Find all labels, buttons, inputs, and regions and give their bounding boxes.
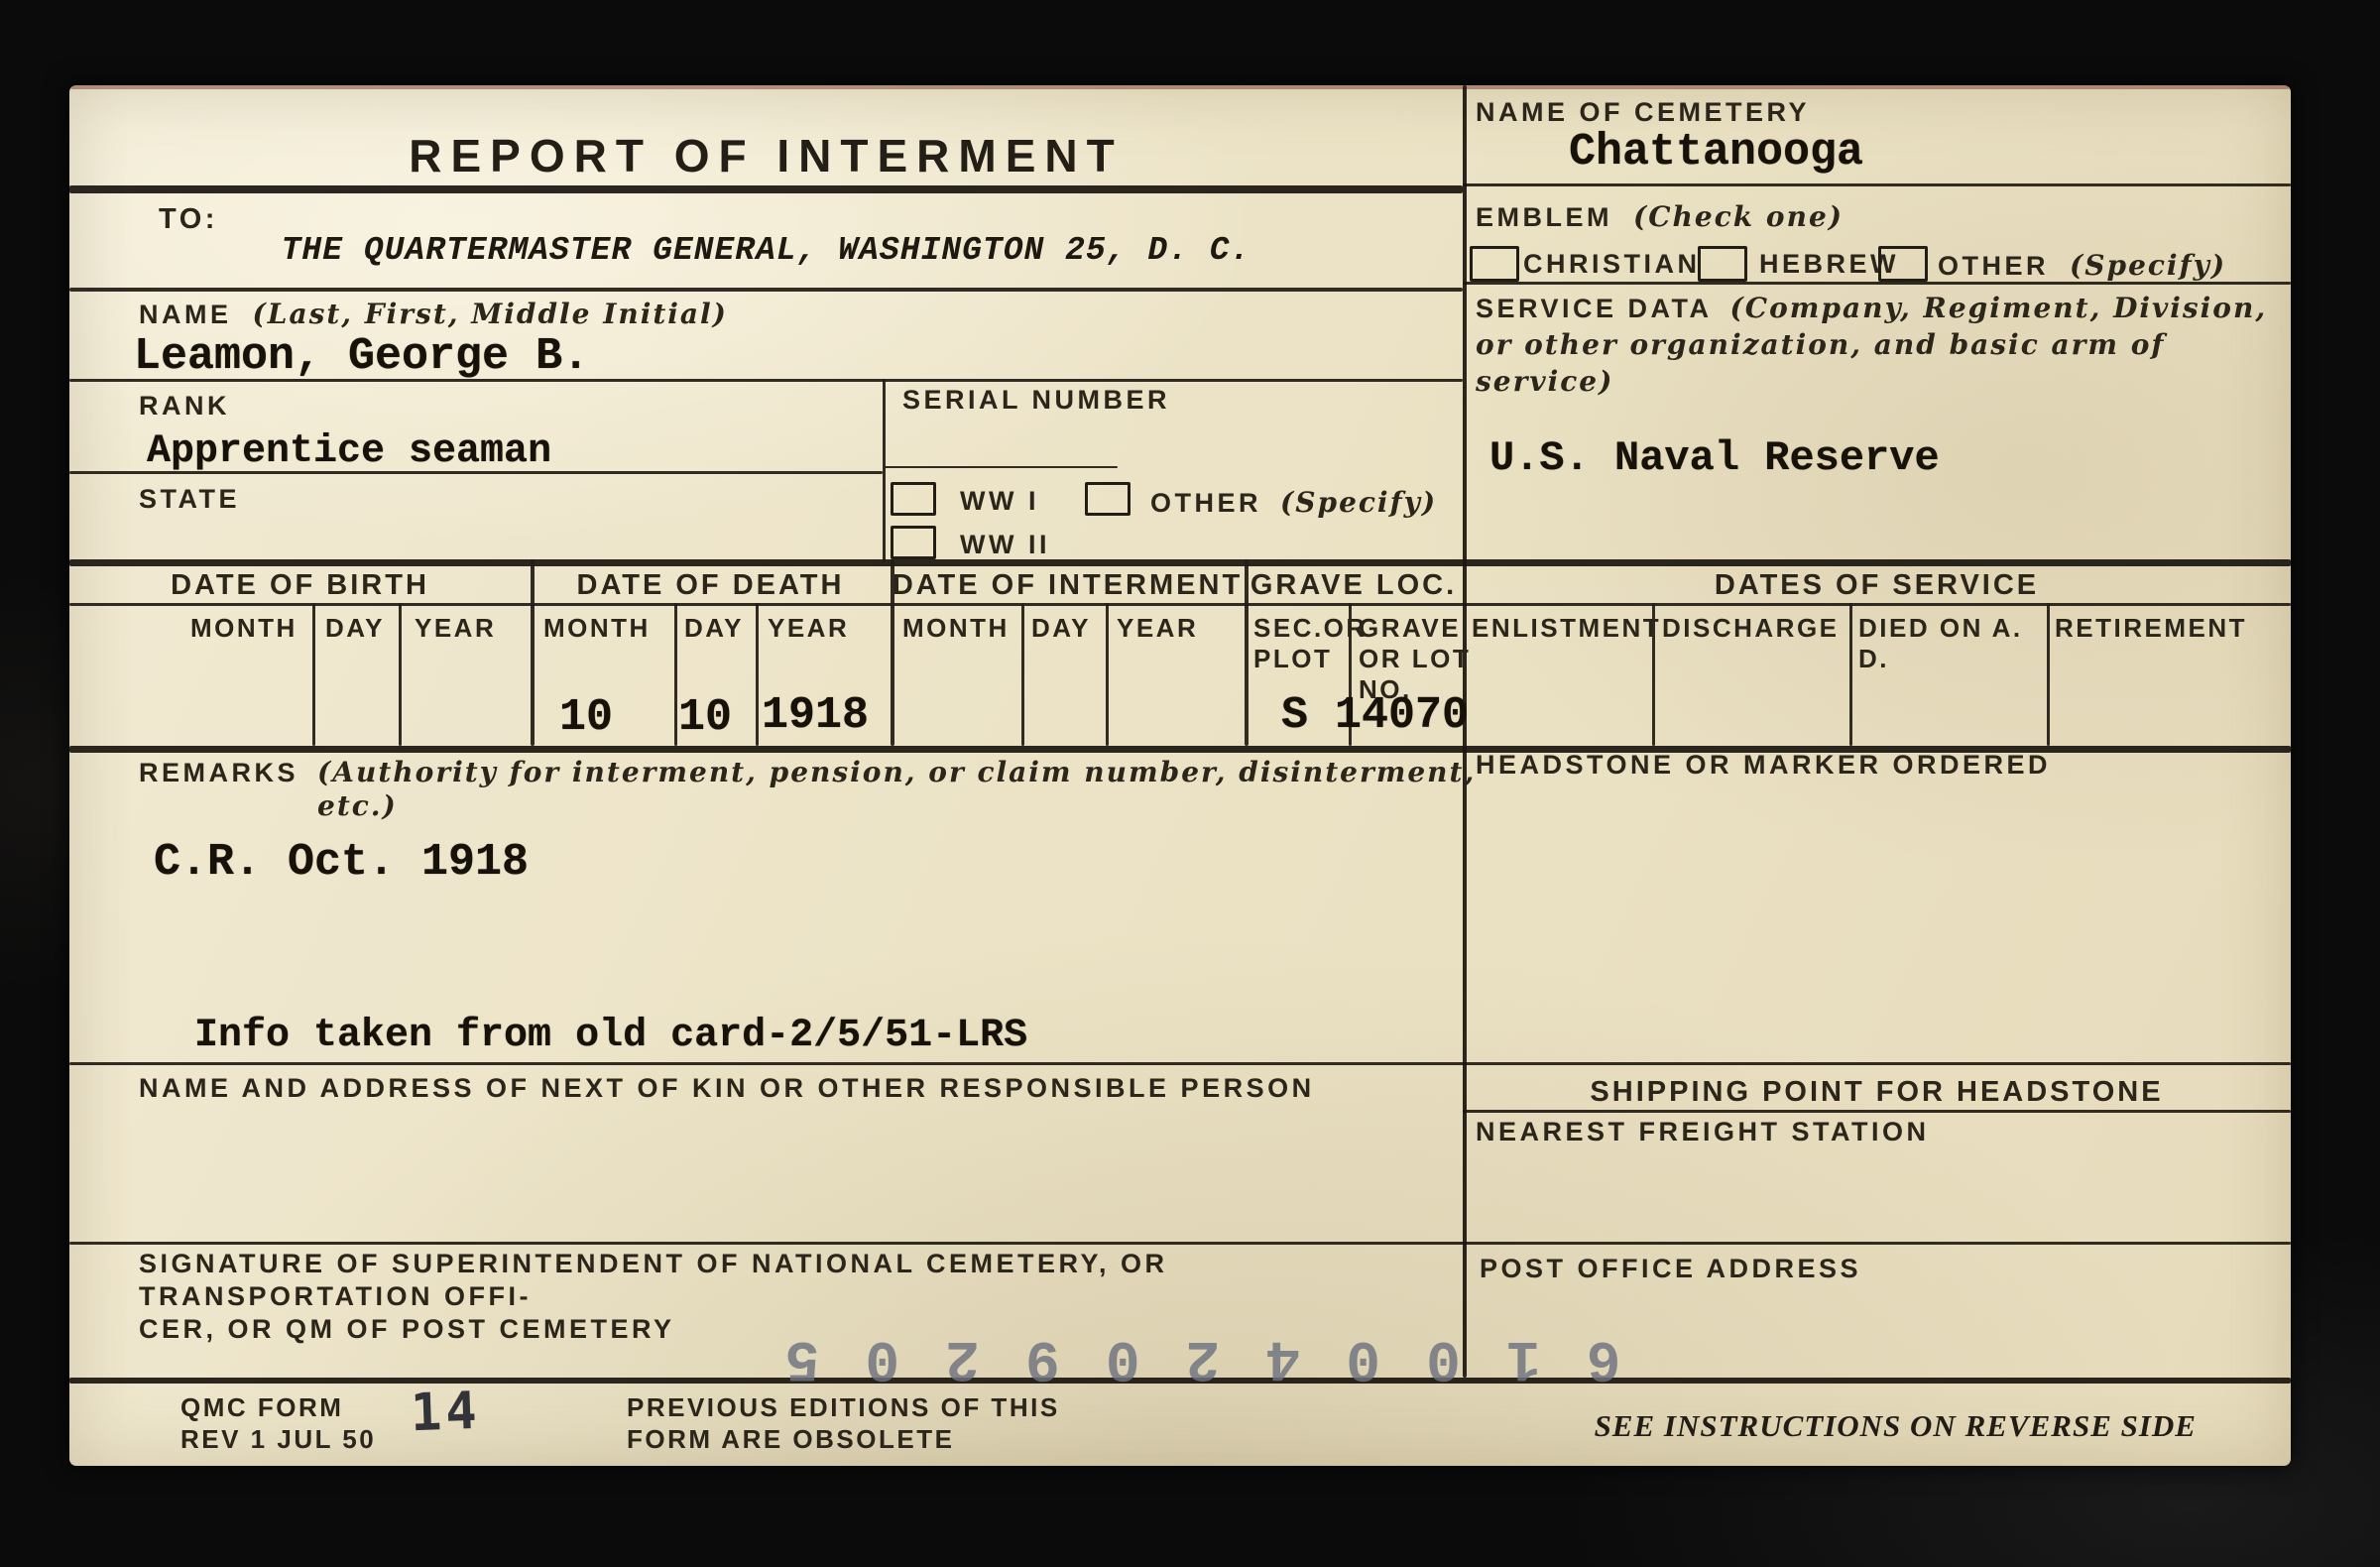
birth-header: DATE OF BIRTH [69, 568, 531, 602]
sec-plot-line2: PLOT [1253, 644, 1332, 673]
name-label: NAME (Last, First, Middle Initial) [139, 298, 728, 331]
birth-day-divider [312, 603, 315, 746]
birth-year-label: YEAR [415, 613, 496, 644]
grave-no-line2: OR LOT [1359, 644, 1471, 673]
state-label: STATE [139, 484, 240, 516]
grave-no-line1: GRAVE [1359, 613, 1461, 643]
discharge-divider [1849, 603, 1852, 746]
signature-section-rule [69, 1242, 2291, 1245]
rank-value: Apprentice seaman [147, 429, 551, 474]
service-data-label: SERVICE DATA (Company, Regiment, Divisio… [1476, 292, 2267, 325]
interment-header: DATE OF INTERMENT [891, 568, 1245, 602]
emblem-label-text: EMBLEM [1476, 202, 1612, 232]
christian-checkbox [1470, 246, 1519, 282]
cemetery-label: NAME OF CEMETERY [1476, 97, 1810, 129]
rank-label: RANK [139, 391, 230, 422]
ww1-label: WW I [960, 486, 1039, 518]
remarks-label-text: REMARKS [139, 758, 298, 787]
died-divider [2047, 603, 2050, 746]
grave-location-value: S 14070 [1281, 690, 1469, 741]
form-rev: REV 1 JUL 50 [180, 1424, 376, 1455]
birth-day-label: DAY [325, 613, 385, 644]
service-data-note2: or other organization, and basic arm of [1476, 328, 2165, 361]
dates-of-service-header: DATES OF SERVICE [1463, 568, 2291, 602]
death-year-divider [756, 603, 759, 746]
birth-month-label: MONTH [190, 613, 297, 644]
form-number: 14 [410, 1382, 482, 1443]
died-on-ad-label: DIED ON A. D. [1858, 613, 2023, 674]
sec-plot-label: SEC.OR PLOT [1253, 613, 1368, 674]
next-of-kin-label: NAME AND ADDRESS OF NEXT OF KIN OR OTHER… [139, 1073, 1315, 1105]
cemetery-underline [1463, 183, 2291, 186]
birth-year-divider [399, 603, 402, 746]
remarks-label: REMARKS (Authority for interment, pensio… [139, 756, 1476, 789]
service-data-text: SERVICE DATA [1476, 294, 1712, 323]
death-day-label: DAY [684, 613, 744, 644]
death-year-value: 1918 [762, 690, 869, 741]
shipping-point-label: SHIPPING POINT FOR HEADSTONE [1463, 1075, 2291, 1109]
table-top-rule [69, 559, 2291, 566]
interment-card: REPORT OF INTERMENT TO: THE QUARTERMASTE… [69, 85, 2291, 1466]
name-label-text: NAME [139, 300, 232, 329]
page-title: REPORT OF INTERMENT [69, 129, 1463, 182]
remarks-note1: (Authority for interment, pension, or cl… [317, 756, 1476, 788]
signature-line2: CER, OR QM OF POST CEMETERY [139, 1314, 675, 1344]
obsolete-note-line2: FORM ARE OBSOLETE [627, 1424, 954, 1455]
serial-answer-line [885, 466, 1118, 468]
service-data-note1: (Company, Regiment, Division, [1730, 292, 2268, 324]
table-subheader-rule [69, 603, 2291, 606]
war-other-label: OTHER (Specify) [1150, 486, 1437, 520]
serial-number-label: SERIAL NUMBER [902, 385, 1170, 417]
discharge-label: DISCHARGE [1662, 613, 1840, 644]
nearest-freight-label: NEAREST FREIGHT STATION [1476, 1117, 1930, 1148]
war-other-note: (Specify) [1280, 486, 1437, 519]
form-name: QMC FORM [180, 1392, 343, 1423]
war-other-text: OTHER [1150, 488, 1261, 518]
remarks-value: C.R. Oct. 1918 [154, 837, 529, 888]
ww2-checkbox [891, 526, 936, 559]
serial-divider [883, 379, 886, 562]
remarks-note2: etc.) [317, 789, 398, 822]
died-line2: D. [1858, 644, 1889, 673]
death-month-label: MONTH [543, 613, 651, 644]
processing-number-stamp: 61004209205 [724, 1325, 1636, 1389]
ww2-label: WW II [960, 530, 1050, 561]
to-underline [69, 288, 1463, 292]
title-underline [69, 185, 1463, 193]
interment-day-label: DAY [1031, 613, 1091, 644]
interment-day-divider [1021, 603, 1024, 746]
emblem-label-note: (Check one) [1633, 200, 1844, 233]
service-data-note3: service) [1476, 365, 1613, 398]
death-header: DATE OF DEATH [531, 568, 891, 602]
death-day-divider [674, 603, 677, 746]
emblem-label: EMBLEM (Check one) [1476, 200, 1844, 234]
christian-label: CHRISTIAN [1523, 249, 1701, 281]
retirement-label: RETIREMENT [2055, 613, 2247, 644]
scan-background: REPORT OF INTERMENT TO: THE QUARTERMASTE… [0, 0, 2380, 1567]
obsolete-note-line1: PREVIOUS EDITIONS OF THIS [627, 1392, 1060, 1423]
emblem-other-text: OTHER [1938, 251, 2049, 281]
emblem-other-label: OTHER (Specify) [1938, 249, 2226, 283]
hebrew-checkbox [1698, 246, 1747, 282]
emblem-other-note: (Specify) [2070, 249, 2226, 282]
cemetery-value: Chattanooga [1569, 127, 1863, 178]
reverse-side-instructions: SEE INSTRUCTIONS ON REVERSE SIDE [1463, 1408, 2197, 1444]
sec-plot-line1: SEC.OR [1253, 613, 1368, 643]
post-office-label: POST OFFICE ADDRESS [1480, 1254, 1861, 1285]
death-day-value: 10 [678, 692, 732, 743]
name-value: Leamon, George B. [134, 331, 589, 382]
grave-loc-header: GRAVE LOC. [1245, 568, 1463, 602]
death-year-label: YEAR [768, 613, 849, 644]
ww1-checkbox [891, 482, 936, 516]
service-data-value: U.S. Naval Reserve [1489, 434, 1940, 482]
interment-month-label: MONTH [902, 613, 1010, 644]
kin-section-rule [69, 1062, 2291, 1065]
enlistment-label: ENLISTMENT [1472, 613, 1661, 644]
shipping-underline [1463, 1110, 2291, 1113]
interment-year-label: YEAR [1117, 613, 1198, 644]
war-other-checkbox [1085, 482, 1130, 516]
name-label-note: (Last, First, Middle Initial) [253, 298, 728, 330]
interment-year-divider [1106, 603, 1109, 746]
died-line1: DIED ON A. [1858, 613, 2023, 643]
death-month-value: 10 [559, 692, 613, 743]
info-taken-note: Info taken from old card-2/5/51-LRS [194, 1014, 1027, 1058]
headstone-ordered-label: HEADSTONE OR MARKER ORDERED [1476, 750, 2051, 782]
signature-line1: SIGNATURE OF SUPERINTENDENT OF NATIONAL … [139, 1249, 1168, 1311]
addressee-line: THE QUARTERMASTER GENERAL, WASHINGTON 25… [69, 232, 1463, 269]
emblem-other-checkbox [1878, 246, 1928, 282]
